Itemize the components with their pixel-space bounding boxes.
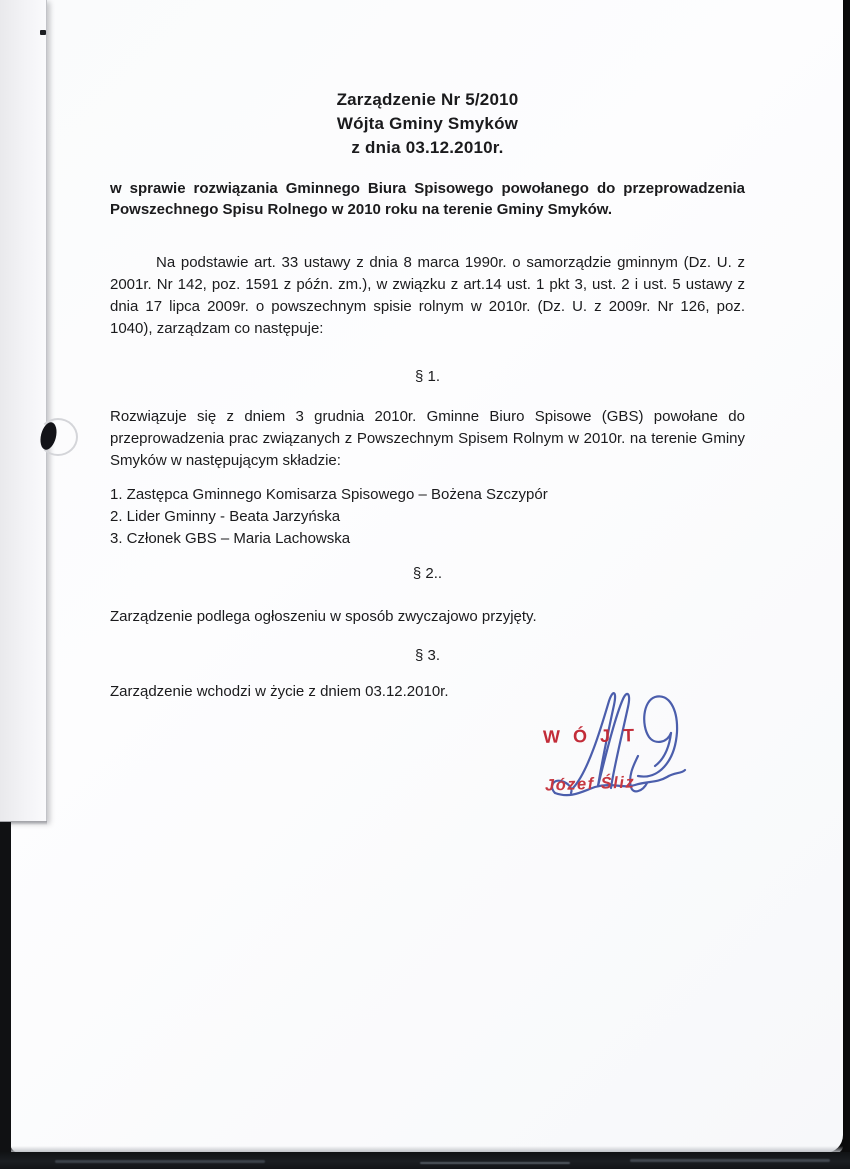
scan-streak: [630, 1159, 830, 1162]
scanner-background-bottom: [0, 1152, 850, 1169]
title-line-1: Zarządzenie Nr 5/2010: [110, 88, 745, 112]
subject-paragraph: w sprawie rozwiązania Gminnego Biura Spi…: [110, 178, 745, 220]
scanner-background-left: [0, 822, 11, 1169]
list-item: 1. Zastępca Gminnego Komisarza Spisowego…: [110, 484, 745, 506]
overlapping-sheet-edge: [0, 0, 47, 822]
document-content: Zarządzenie Nr 5/2010 Wójta Gminy Smyków…: [10, 0, 843, 1153]
committee-member-list: 1. Zastępca Gminnego Komisarza Spisowego…: [110, 484, 745, 550]
scanned-document: Zarządzenie Nr 5/2010 Wójta Gminy Smyków…: [0, 0, 850, 1169]
document-page: Zarządzenie Nr 5/2010 Wójta Gminy Smyków…: [10, 0, 843, 1153]
title-line-2: Wójta Gminy Smyków: [110, 112, 745, 136]
list-item: 2. Lider Gminny - Beata Jarzyńska: [110, 506, 745, 528]
section-3-heading: § 3.: [110, 645, 745, 667]
title-line-3: z dnia 03.12.2010r.: [110, 136, 745, 160]
section-1-body: Rozwiązuje się z dniem 3 grudnia 2010r. …: [110, 406, 745, 472]
list-item: 3. Członek GBS – Maria Lachowska: [110, 528, 745, 550]
stamp-wojt-text: WÓJT: [543, 725, 647, 748]
scan-streak: [55, 1160, 265, 1163]
document-title: Zarządzenie Nr 5/2010 Wójta Gminy Smyków…: [110, 88, 745, 160]
signature-block: WÓJT Józef Śliz: [525, 686, 705, 814]
scan-streak: [420, 1162, 570, 1164]
scan-speck: [40, 30, 46, 35]
legal-basis-paragraph: Na podstawie art. 33 ustawy z dnia 8 mar…: [110, 252, 745, 340]
stamp-name-text: Józef Śliz: [545, 773, 636, 795]
section-2-body: Zarządzenie podlega ogłoszeniu w sposób …: [110, 606, 745, 628]
section-2-heading: § 2..: [110, 563, 745, 585]
section-1-heading: § 1.: [110, 366, 745, 388]
